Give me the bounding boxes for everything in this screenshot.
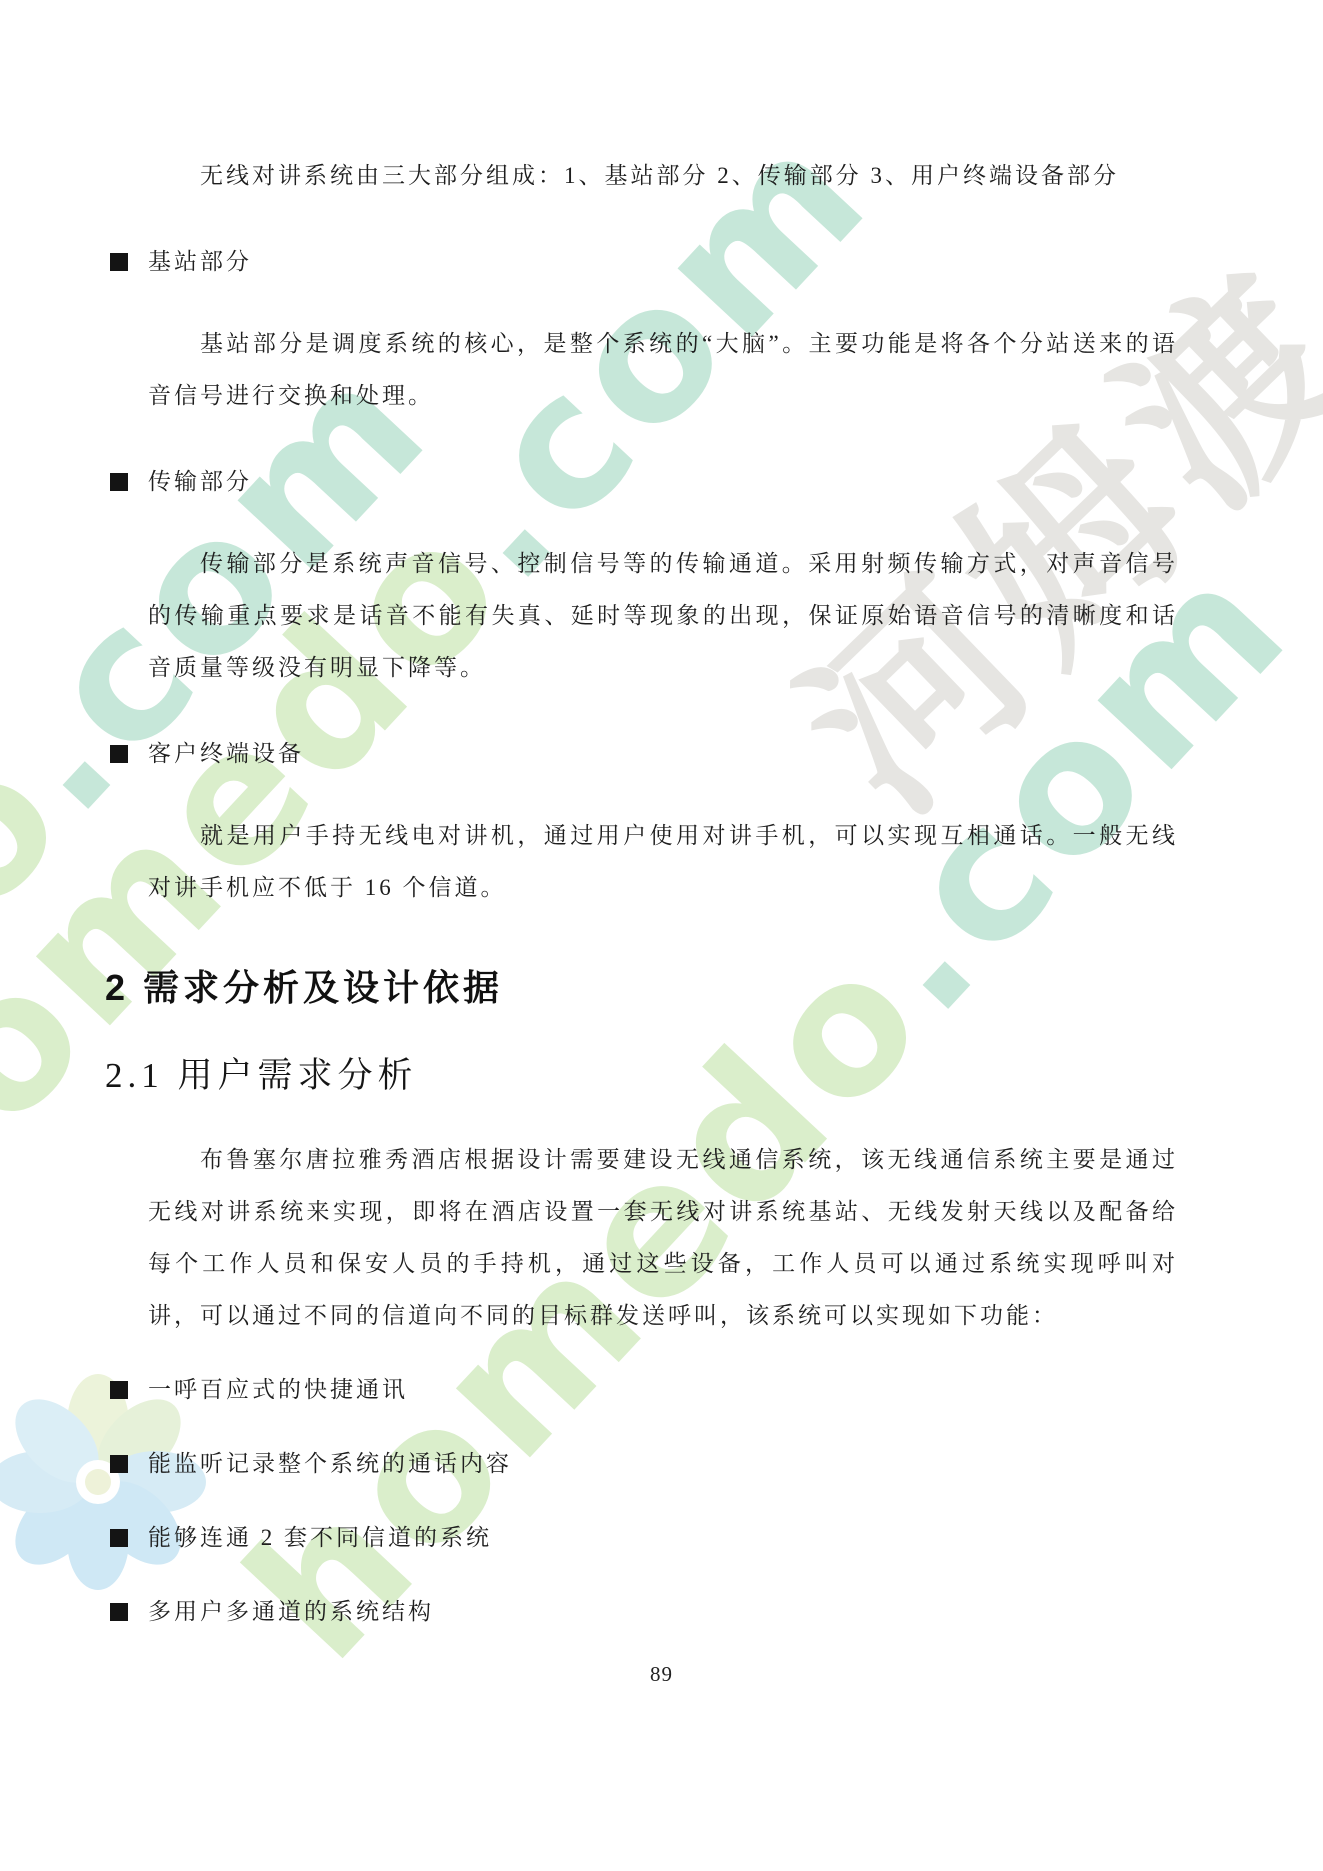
list-item: 客户终端设备 [110, 728, 1178, 780]
list-item: 基站部分 [110, 236, 1178, 288]
document-content: 无线对讲系统由三大部分组成：1、基站部分 2、传输部分 3、用户终端设备部分 基… [148, 150, 1178, 1638]
list-item-label: 客户终端设备 [148, 728, 304, 780]
list-item-label: 基站部分 [148, 236, 252, 288]
body-paragraph: 传输部分是系统声音信号、控制信号等的传输通道。采用射频传输方式，对声音信号的传输… [148, 538, 1178, 694]
list-item-label: 传输部分 [148, 456, 252, 508]
square-bullet-icon [110, 253, 128, 271]
requirements-paragraph: 布鲁塞尔唐拉雅秀酒店根据设计需要建设无线通信系统，该无线通信系统主要是通过无线对… [148, 1134, 1178, 1342]
feature-list-item: 一呼百应式的快捷通讯 [110, 1364, 1178, 1416]
section-heading: 2 需求分析及设计依据 [105, 958, 1178, 1018]
body-paragraph: 就是用户手持无线电对讲机，通过用户使用对讲手机，可以实现互相通话。一般无线对讲手… [148, 810, 1178, 914]
square-bullet-icon [110, 745, 128, 763]
square-bullet-icon [110, 473, 128, 491]
square-bullet-icon [110, 1381, 128, 1399]
feature-list-item: 多用户多通道的系统结构 [110, 1586, 1178, 1638]
feature-label: 一呼百应式的快捷通讯 [148, 1364, 408, 1416]
feature-label: 多用户多通道的系统结构 [148, 1586, 434, 1638]
feature-label: 能够连通 2 套不同信道的系统 [148, 1512, 492, 1564]
feature-list-item: 能监听记录整个系统的通话内容 [110, 1438, 1178, 1490]
watermark-brand-text: homedo [0, 705, 107, 1499]
body-paragraph: 基站部分是调度系统的核心，是整个系统的“大脑”。主要功能是将各个分站送来的语音信… [148, 318, 1178, 422]
list-item: 传输部分 [110, 456, 1178, 508]
feature-list-item: 能够连通 2 套不同信道的系统 [110, 1512, 1178, 1564]
square-bullet-icon [110, 1603, 128, 1621]
feature-label: 能监听记录整个系统的通话内容 [148, 1438, 512, 1490]
square-bullet-icon [110, 1529, 128, 1547]
page-number: 89 [0, 1662, 1323, 1687]
intro-paragraph: 无线对讲系统由三大部分组成：1、基站部分 2、传输部分 3、用户终端设备部分 [148, 150, 1178, 202]
subsection-heading: 2.1 用户需求分析 [105, 1046, 1178, 1106]
square-bullet-icon [110, 1455, 128, 1473]
document-page: homedo.com homedo.com homedo.com 河姆渡 无线对… [0, 0, 1323, 1871]
